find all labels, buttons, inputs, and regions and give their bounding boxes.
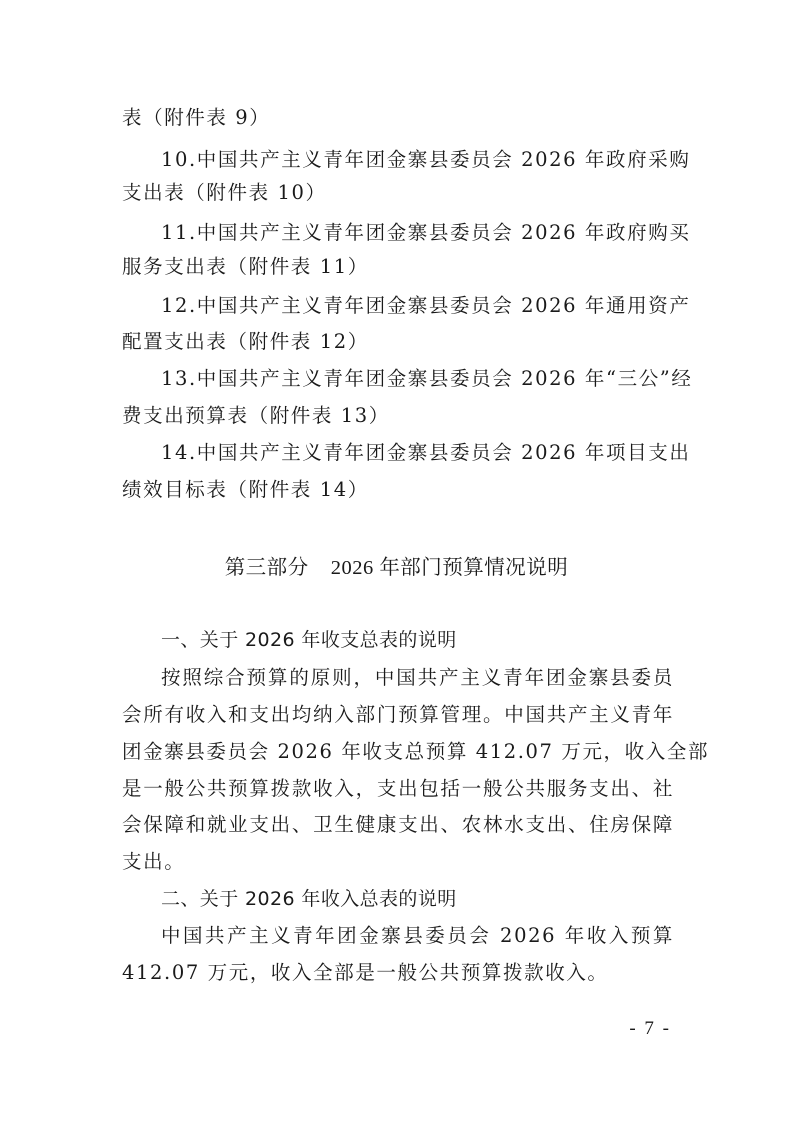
attachment-item-11-line2: 服务支出表（附件表 11）: [122, 254, 674, 280]
attachment-item-10-line2: 支出表（附件表 10）: [122, 180, 674, 206]
section-2-line-2: 412.07 万元，收入全部是一般公共预算拨款收入。: [122, 960, 674, 986]
document-page: 表（附件表 9） 10.中国共产主义青年团金寨县委员会 2026 年政府采购 支…: [0, 0, 793, 1122]
section-2-line-1: 中国共产主义青年团金寨县委员会 2026 年收入预算: [161, 923, 674, 949]
section-2-heading: 二、关于 2026 年收入总表的说明: [161, 886, 457, 912]
attachment-item-11-line1: 11.中国共产主义青年团金寨县委员会 2026 年政府购买: [161, 220, 674, 246]
attachment-item-13-line1: 13.中国共产主义青年团金寨县委员会 2026 年“三公”经: [161, 366, 674, 392]
section-1-line-4: 是一般公共预算拨款收入，支出包括一般公共服务支出、社: [122, 776, 674, 802]
attachment-item-9-continuation: 表（附件表 9）: [122, 105, 674, 131]
part-heading-title: 2026 年部门预算情况说明: [331, 557, 569, 579]
attachment-item-12-line1: 12.中国共产主义青年团金寨县委员会 2026 年通用资产: [161, 293, 674, 319]
attachment-item-14-line1: 14.中国共产主义青年团金寨县委员会 2026 年项目支出: [161, 440, 674, 466]
attachment-item-10-line1: 10.中国共产主义青年团金寨县委员会 2026 年政府采购: [161, 147, 674, 173]
section-1-line-1: 按照综合预算的原则，中国共产主义青年团金寨县委员: [161, 665, 674, 691]
part-heading-label: 第三部分: [225, 555, 309, 579]
section-1-line-5: 会保障和就业支出、卫生健康支出、农林水支出、住房保障: [122, 812, 674, 838]
attachment-item-14-line2: 绩效目标表（附件表 14）: [122, 477, 674, 503]
attachment-item-13-line2: 费支出预算表（附件表 13）: [122, 403, 674, 429]
section-1-heading: 一、关于 2026 年收支总表的说明: [161, 627, 457, 653]
part-heading: 第三部分2026 年部门预算情况说明: [0, 553, 793, 582]
section-1-line-3: 团金寨县委员会 2026 年收支总预算 412.07 万元，收入全部: [122, 739, 674, 765]
section-1-line-6: 支出。: [122, 849, 674, 875]
page-number: - 7 -: [629, 1017, 671, 1041]
attachment-item-12-line2: 配置支出表（附件表 12）: [122, 329, 674, 355]
section-1-line-2: 会所有收入和支出均纳入部门预算管理。中国共产主义青年: [122, 702, 674, 728]
